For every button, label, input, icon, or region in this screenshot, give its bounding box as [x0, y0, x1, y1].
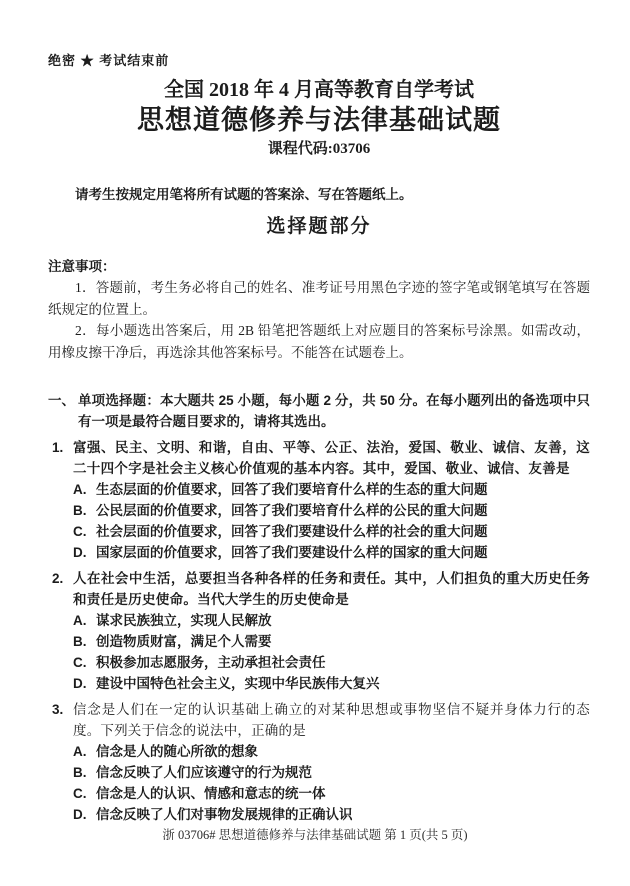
option-label-b: B.	[73, 762, 96, 783]
question-3-stem: 信念是人们在一定的认识基础上确立的对某种思想或事物坚信不疑并身体力行的态度。下列…	[73, 699, 590, 741]
exam-session-title: 全国 2018 年 4 月高等教育自学考试	[48, 77, 590, 103]
option-label-c: C.	[73, 783, 96, 804]
question-3-stem-row: 3. 信念是人们在一定的认识基础上确立的对某种思想或事物坚信不疑并身体力行的态度…	[52, 699, 590, 825]
part-one-number: 一、	[48, 390, 78, 432]
option-label-d: D.	[73, 673, 96, 694]
option-text-a: 谋求民族独立，实现人民解放	[96, 610, 590, 631]
option-label-b: B.	[73, 631, 96, 652]
part-one-heading-text: 单项选择题：本大题共 25 小题，每小题 2 分，共 50 分。在每小题列出的备…	[78, 390, 590, 432]
option-text-a: 信念是人的随心所欲的想象	[96, 741, 590, 762]
option-text-c: 积极参加志愿服务，主动承担社会责任	[96, 652, 590, 673]
question-1-option-c: C. 社会层面的价值要求，回答了我们要建设什么样的社会的重大问题	[73, 521, 590, 542]
question-2-stem-row: 2. 人在社会中生活，总要担当各种各样的任务和责任。其中，人们担负的重大历史任务…	[52, 568, 590, 694]
option-label-c: C.	[73, 652, 96, 673]
question-1-stem-row: 1. 富强、民主、文明、和谐，自由、平等、公正、法治，爱国、敬业、诚信、友善，这…	[52, 437, 590, 563]
question-3-option-d: D. 信念反映了人们对事物发展规律的正确认识	[73, 804, 590, 825]
exam-paper-title: 思想道德修养与法律基础试题	[48, 104, 590, 136]
option-text-b: 创造物质财富，满足个人需要	[96, 631, 590, 652]
exam-paper-page: 绝密 ★ 考试结束前 全国 2018 年 4 月高等教育自学考试 思想道德修养与…	[0, 0, 630, 886]
part-one-heading: 一、 单项选择题：本大题共 25 小题，每小题 2 分，共 50 分。在每小题列…	[48, 390, 590, 432]
option-label-a: A.	[73, 479, 96, 500]
option-text-d: 信念反映了人们对事物发展规律的正确认识	[96, 804, 590, 825]
section-title: 选择题部分	[48, 214, 590, 240]
note-item-2: 2．每小题选出答案后，用 2B 铅笔把答题纸上对应题目的答案标号涂黑。如需改动，…	[48, 320, 590, 363]
question-2-option-a: A. 谋求民族独立，实现人民解放	[73, 610, 590, 631]
option-label-a: A.	[73, 610, 96, 631]
option-text-b: 公民层面的价值要求，回答了我们要培育什么样的公民的重大问题	[96, 500, 590, 521]
question-2-option-d: D. 建设中国特色社会主义，实现中华民族伟大复兴	[73, 673, 590, 694]
course-code: 课程代码:03706	[48, 139, 590, 159]
question-1-option-d: D. 国家层面的价值要求，回答了我们要建设什么样的国家的重大问题	[73, 542, 590, 563]
option-label-a: A.	[73, 741, 96, 762]
question-1-option-a: A. 生态层面的价值要求，回答了我们要培育什么样的生态的重大问题	[73, 479, 590, 500]
option-text-c: 信念是人的认识、情感和意志的统一体	[96, 783, 590, 804]
question-1: 1. 富强、民主、文明、和谐，自由、平等、公正、法治，爱国、敬业、诚信、友善，这…	[48, 437, 590, 563]
question-3-option-c: C. 信念是人的认识、情感和意志的统一体	[73, 783, 590, 804]
question-2-option-c: C. 积极参加志愿服务，主动承担社会责任	[73, 652, 590, 673]
question-2-stem: 人在社会中生活，总要担当各种各样的任务和责任。其中，人们担负的重大历史任务和责任…	[73, 568, 590, 610]
option-label-c: C.	[73, 521, 96, 542]
page-footer: 浙 03706# 思想道德修养与法律基础试题 第 1 页(共 5 页)	[0, 825, 630, 846]
classification-banner: 绝密 ★ 考试结束前	[48, 50, 590, 71]
question-2-option-b: B. 创造物质财富，满足个人需要	[73, 631, 590, 652]
question-2: 2. 人在社会中生活，总要担当各种各样的任务和责任。其中，人们担负的重大历史任务…	[48, 568, 590, 694]
option-text-a: 生态层面的价值要求，回答了我们要培育什么样的生态的重大问题	[96, 479, 590, 500]
question-3-option-a: A. 信念是人的随心所欲的想象	[73, 741, 590, 762]
question-1-number: 1.	[52, 437, 73, 563]
notes-heading: 注意事项：	[48, 256, 590, 277]
option-label-d: D.	[73, 804, 96, 825]
option-text-d: 国家层面的价值要求，回答了我们要建设什么样的国家的重大问题	[96, 542, 590, 563]
question-3-option-b: B. 信念反映了人们应该遵守的行为规范	[73, 762, 590, 783]
note-item-1: 1．答题前，考生务必将自己的姓名、准考证号用黑色字迹的签字笔或钢笔填写在答题纸规…	[48, 277, 590, 320]
question-3: 3. 信念是人们在一定的认识基础上确立的对某种思想或事物坚信不疑并身体力行的态度…	[48, 699, 590, 825]
answer-instruction: 请考生按规定用笔将所有试题的答案涂、写在答题纸上。	[48, 184, 590, 205]
option-text-c: 社会层面的价值要求，回答了我们要建设什么样的社会的重大问题	[96, 521, 590, 542]
option-label-b: B.	[73, 500, 96, 521]
question-1-option-b: B. 公民层面的价值要求，回答了我们要培育什么样的公民的重大问题	[73, 500, 590, 521]
option-label-d: D.	[73, 542, 96, 563]
option-text-b: 信念反映了人们应该遵守的行为规范	[96, 762, 590, 783]
question-2-number: 2.	[52, 568, 73, 694]
option-text-d: 建设中国特色社会主义，实现中华民族伟大复兴	[96, 673, 590, 694]
question-3-number: 3.	[52, 699, 73, 825]
question-1-stem: 富强、民主、文明、和谐，自由、平等、公正、法治，爱国、敬业、诚信、友善，这二十四…	[73, 437, 590, 479]
